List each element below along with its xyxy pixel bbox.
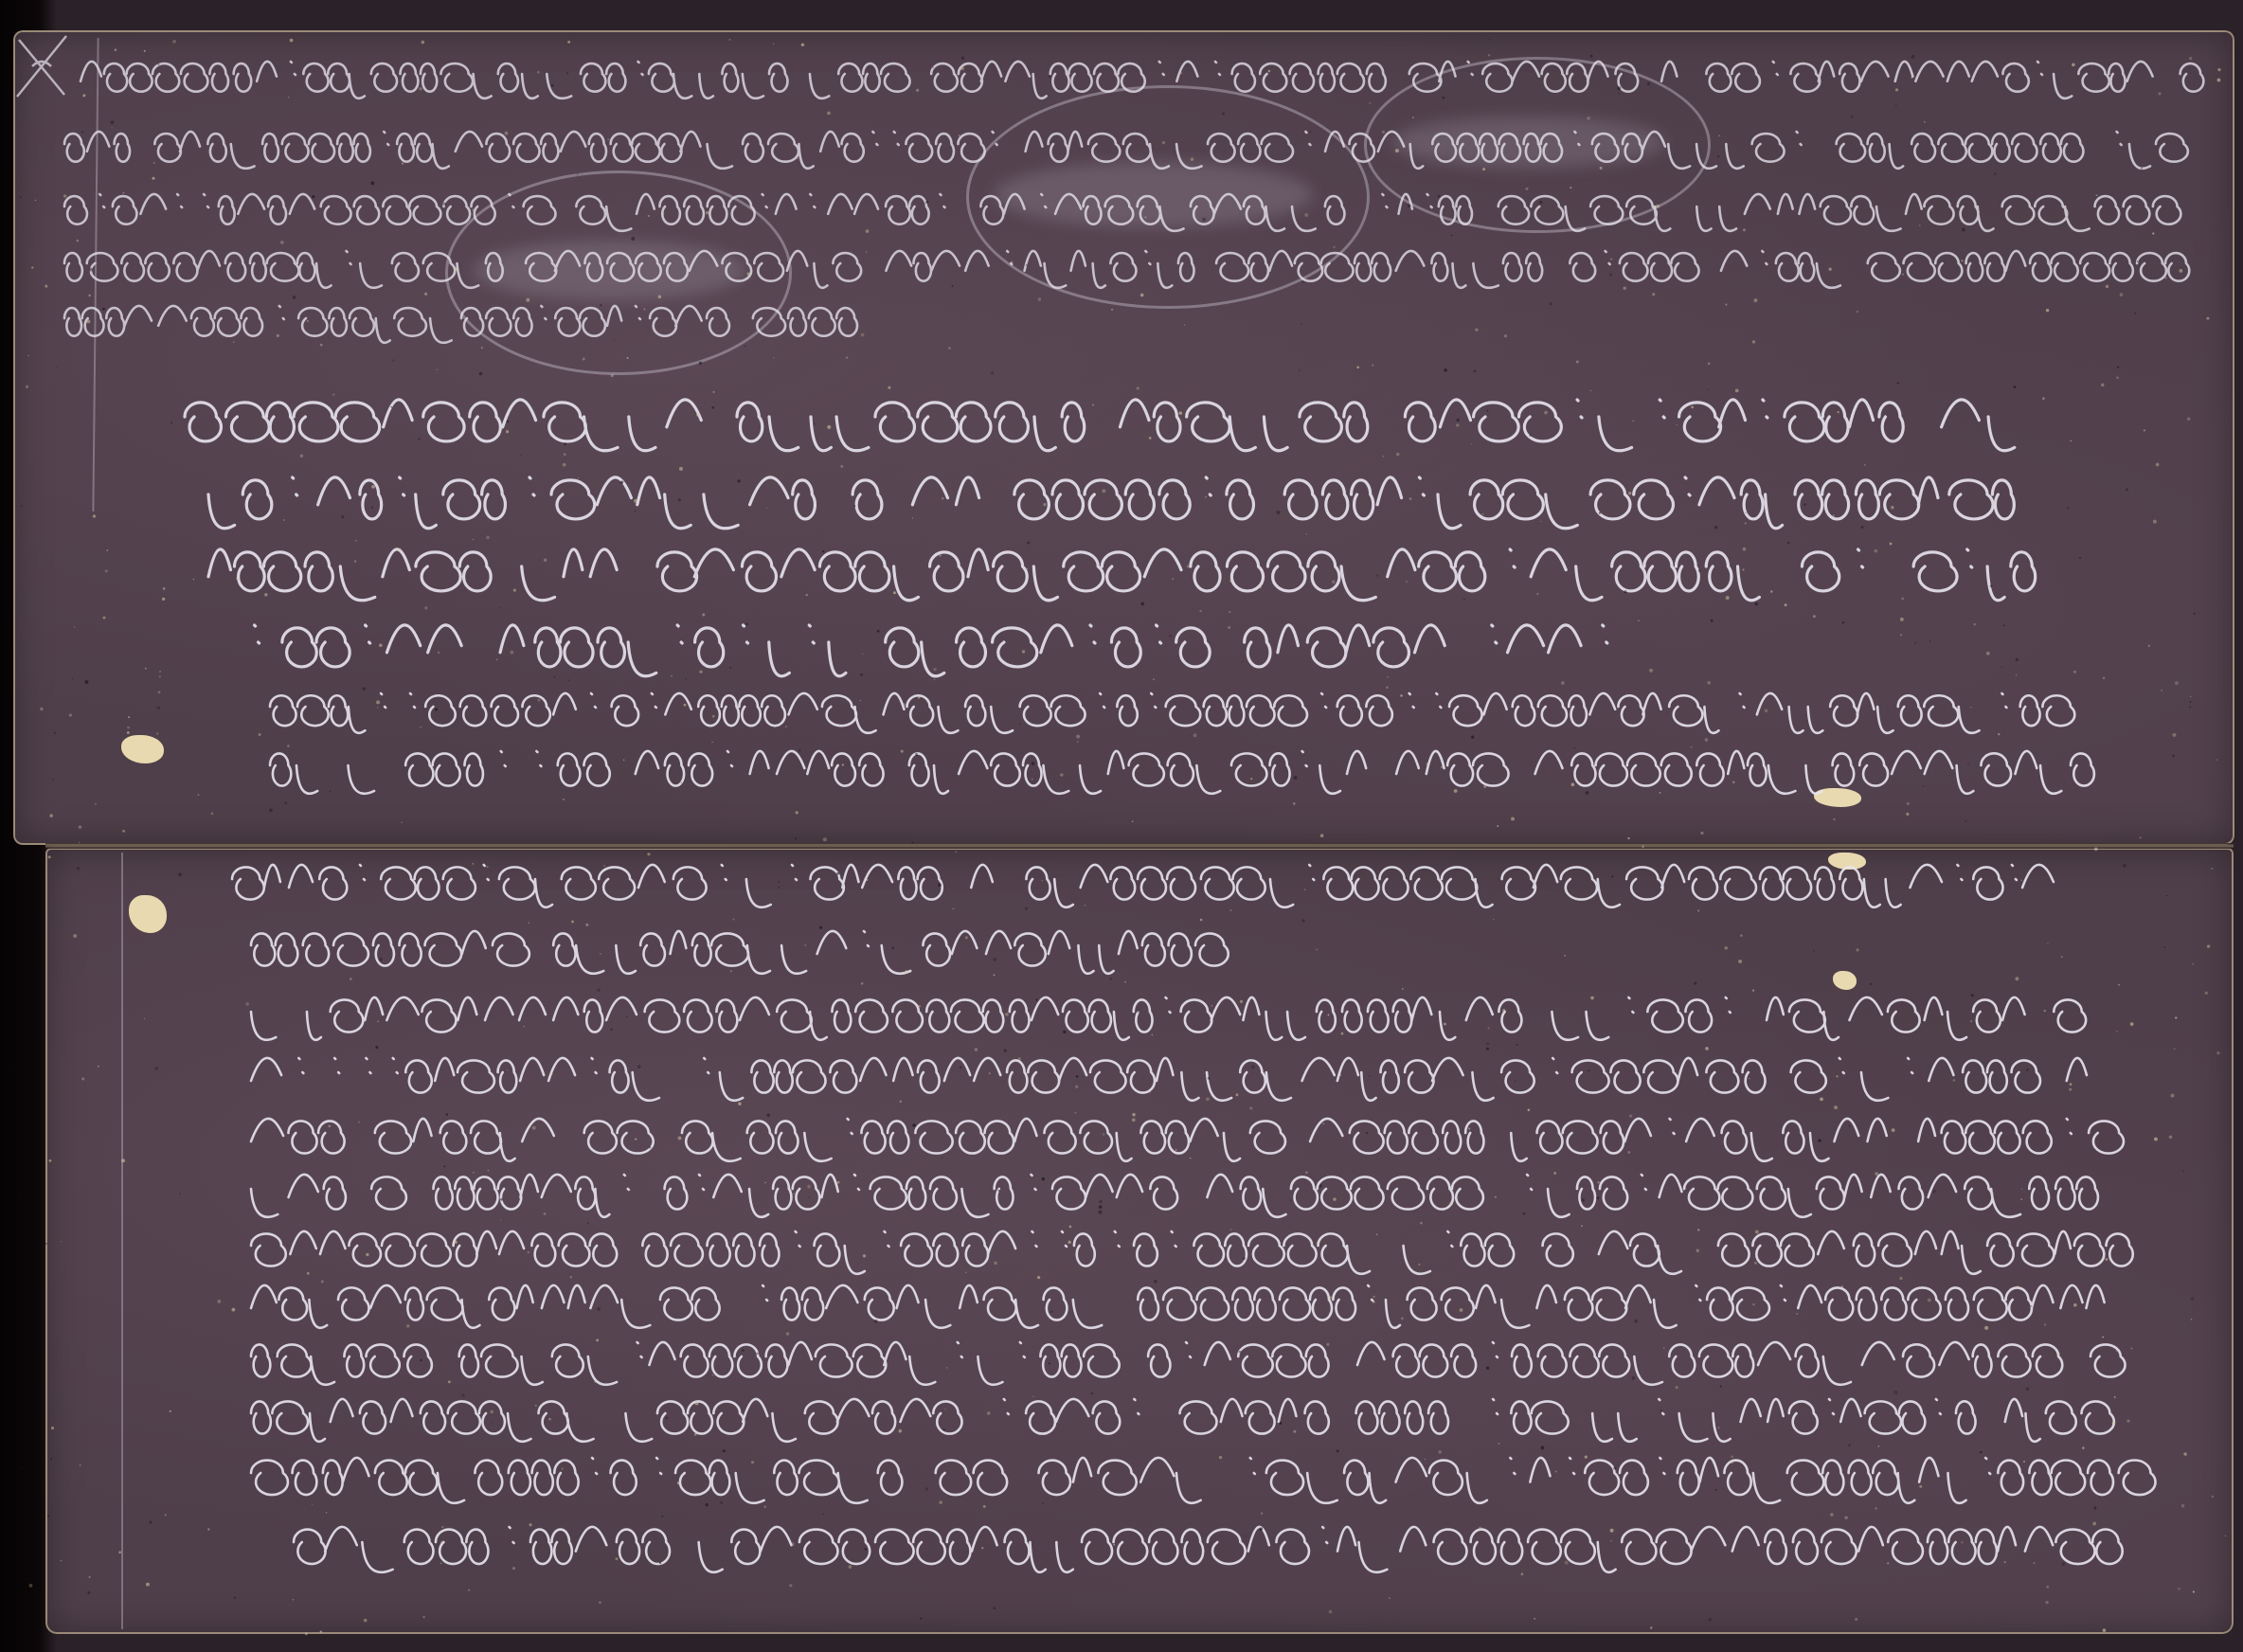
script-line	[185, 400, 2015, 451]
script-line	[251, 1342, 2126, 1385]
script-line	[251, 1399, 2114, 1442]
script-line	[251, 997, 2086, 1040]
script-line	[251, 1285, 2105, 1328]
script-line	[251, 1458, 2156, 1503]
script-line	[64, 194, 2180, 231]
script-line	[270, 693, 2074, 733]
script-line	[251, 1175, 2098, 1217]
script-line	[64, 251, 2189, 288]
script-line	[81, 62, 2203, 99]
handwritten-script-layer	[0, 0, 2243, 1652]
script-line	[208, 477, 2014, 529]
script-line	[255, 625, 1607, 676]
script-line	[270, 751, 2094, 794]
script-line	[251, 1119, 2124, 1161]
script-line	[251, 1231, 2133, 1274]
script-line	[232, 865, 2054, 907]
script-line	[208, 549, 2036, 601]
script-line	[64, 306, 857, 343]
script-line	[251, 1058, 2087, 1101]
script-line	[64, 132, 2188, 169]
corner-cross-mark	[17, 36, 66, 97]
script-line	[294, 1527, 2123, 1572]
script-line	[251, 931, 1229, 974]
